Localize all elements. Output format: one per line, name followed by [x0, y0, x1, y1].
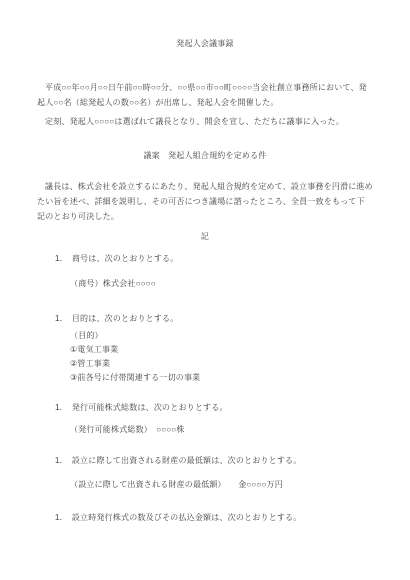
list-item-detail: （設立に際して出資される財産の最低額） 金○○○○万円 [37, 477, 373, 492]
list-item-minimum-capital: 1．設立に際して出資される財産の最低額は、次のとおりとする。 [37, 453, 373, 468]
list-item-purpose: 1．目的は、次のとおりとする。 [37, 311, 373, 326]
list-item-detail: ①電気工事業 [37, 343, 373, 357]
list-item-text: 設立時発行株式の数及びその払込金額は、次のとおりとする。 [72, 513, 302, 522]
proposal-heading: 議案 発起人組合規約を定める件 [37, 148, 373, 163]
paragraph-chairman-election: 定刻、発起人○○○○は選ばれて議長となり、開会を宣し、ただちに議事に入った。 [37, 114, 373, 129]
list-item-text: 商号は、次のとおりとする。 [72, 254, 179, 263]
list-item-number: 1． [55, 510, 68, 525]
list-item-detail: ③前各号に付帯関連する一切の事業 [37, 371, 373, 385]
list-item-text: 目的は、次のとおりとする。 [72, 314, 179, 323]
list-item-shares-at-incorporation: 1．設立時発行株式の数及びその払込金額は、次のとおりとする。 [37, 510, 373, 525]
list-item-text: 設立に際して出資される財産の最低額は、次のとおりとする。 [72, 456, 302, 465]
list-item-number: 1． [55, 400, 68, 415]
paragraph-resolution: 議長は、株式会社を設立するにあたり、発起人組合規約を定めて、設立事務を円滑に進め… [37, 179, 373, 224]
list-item-detail: （発行可能株式総数） ○○○○株 [37, 422, 373, 437]
list-item-detail: ②管工事業 [37, 357, 373, 371]
list-item-text: 発行可能株式総数は、次のとおりとする。 [72, 403, 228, 412]
list-item-number: 1． [55, 311, 68, 326]
list-item-authorized-shares: 1．発行可能株式総数は、次のとおりとする。 [37, 400, 373, 415]
list-item-trade-name: 1．商号は、次のとおりとする。 [37, 251, 373, 266]
list-item-number: 1． [55, 453, 68, 468]
paragraph-opening: 平成○○年○○月○○日午前○○時○○分、○○県○○市○○町○○○○当会社創立事務… [37, 80, 373, 110]
document-page: 発起人会議事録 平成○○年○○月○○日午前○○時○○分、○○県○○市○○町○○○… [0, 0, 410, 580]
purpose-detail-group: （目的） ①電気工事業 ②管工事業 ③前各号に付帯関連する一切の事業 [37, 329, 373, 385]
document-title: 発起人会議事録 [37, 36, 373, 51]
ki-heading: 記 [37, 229, 373, 244]
list-item-detail: （目的） [37, 329, 373, 343]
list-item-number: 1． [55, 251, 68, 266]
list-item-detail: （商号）株式会社○○○○ [37, 276, 373, 291]
